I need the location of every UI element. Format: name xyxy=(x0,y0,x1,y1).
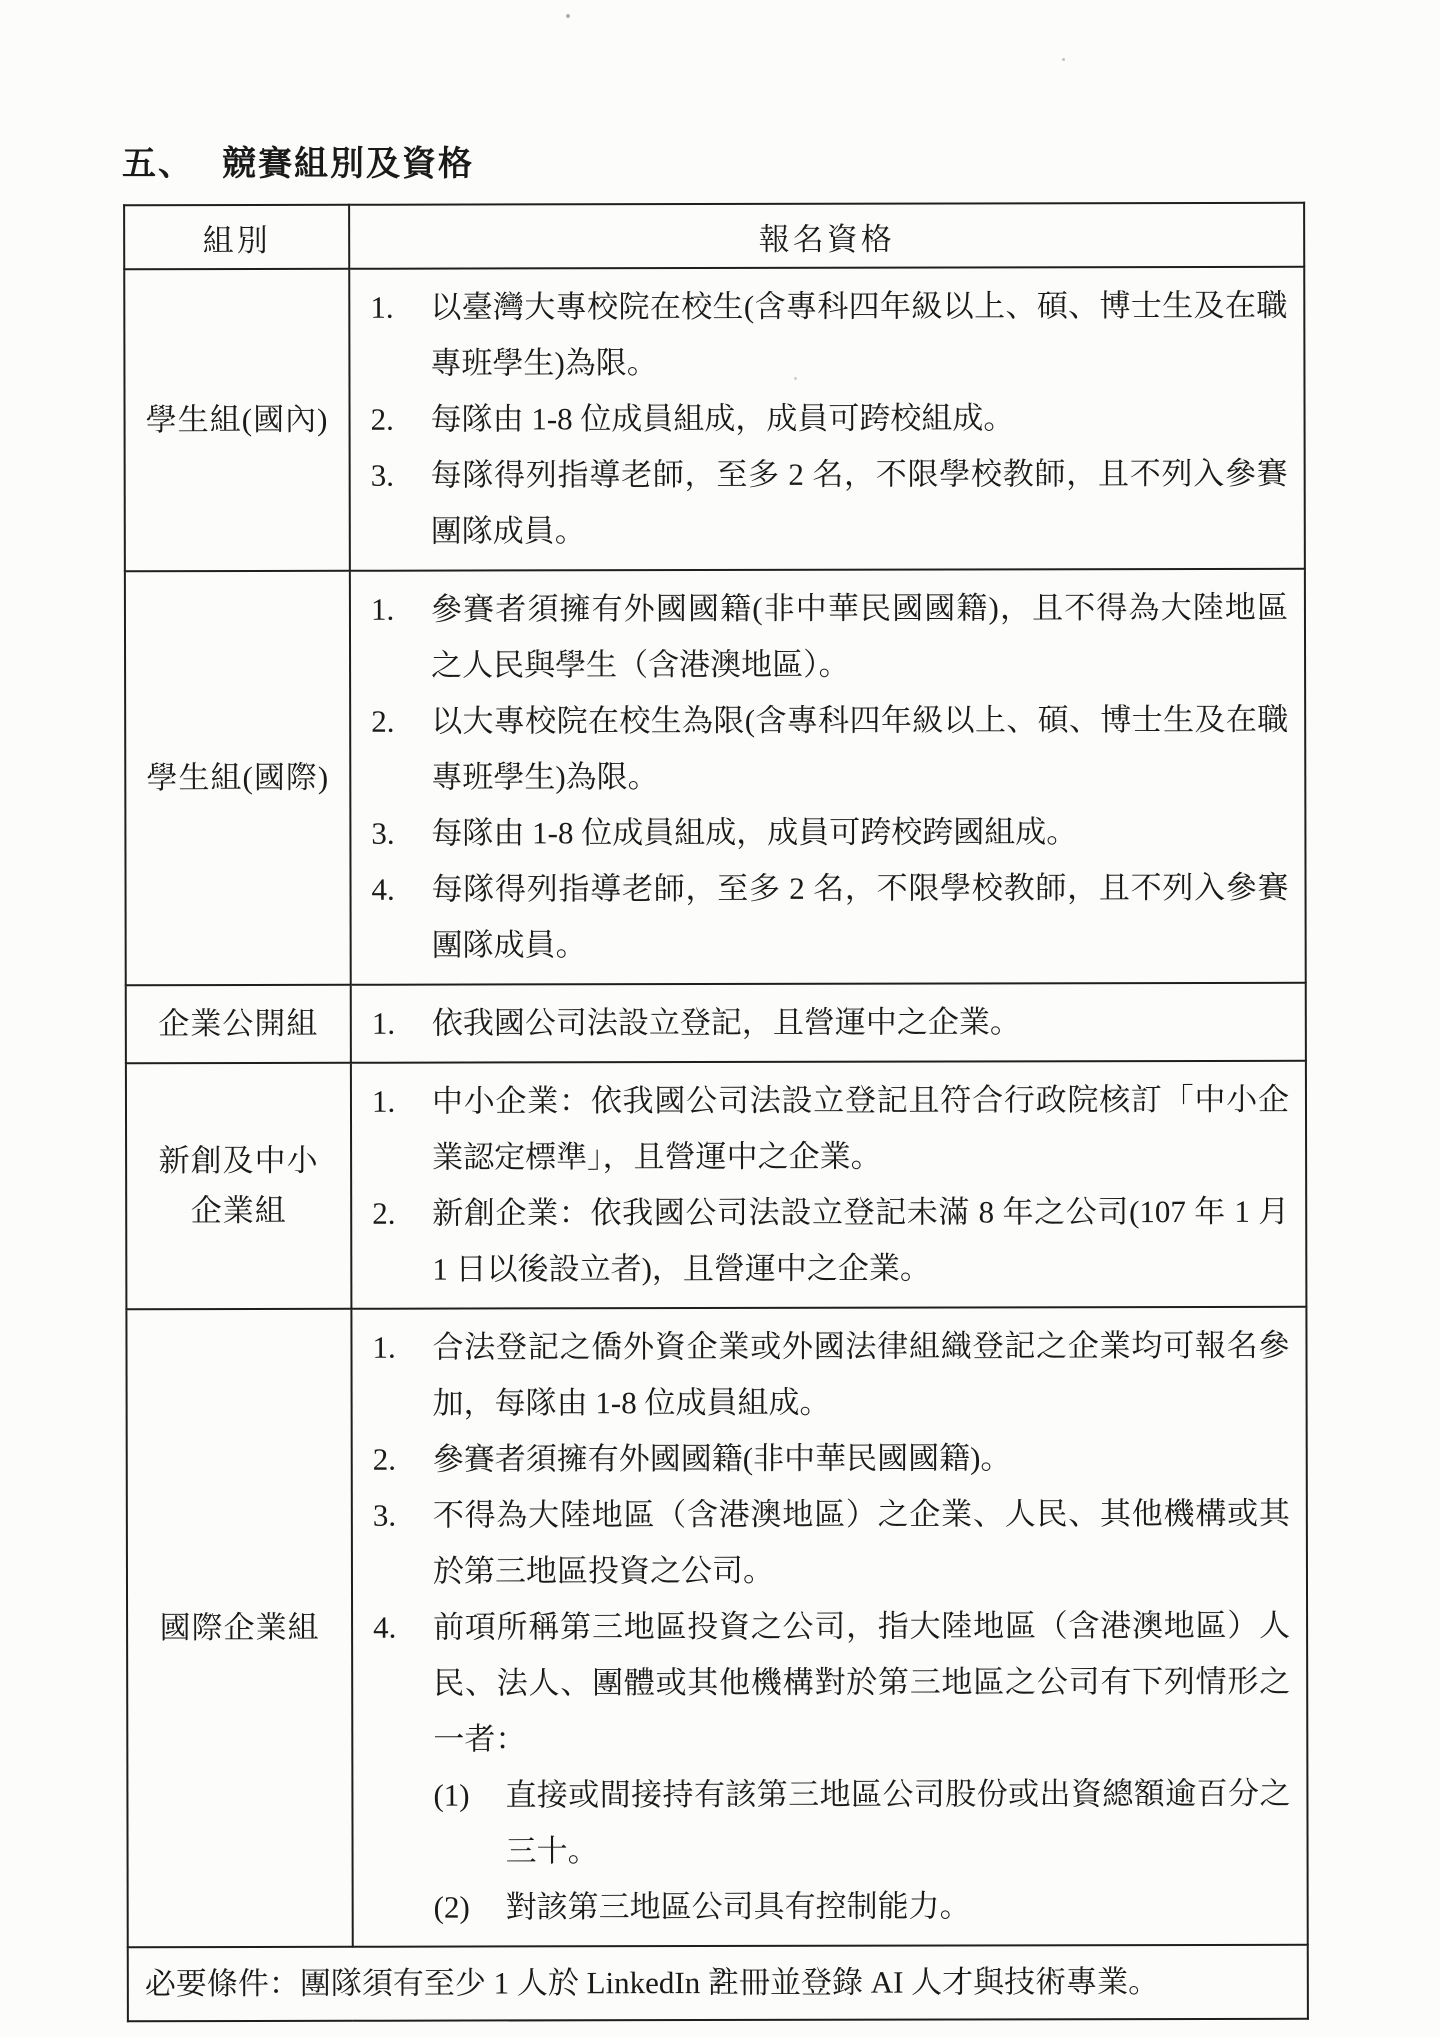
item-number: 1. xyxy=(372,1320,432,1376)
item-text: 參賽者須擁有外國國籍(非中華民國國籍)，且不得為大陸地區之人民與學生（含港澳地區… xyxy=(431,580,1288,694)
group-label: 國際企業組 xyxy=(126,1309,352,1947)
table-row: 學生組(國內) 1. 以臺灣大專校院在校生(含專科四年級以上、碩、博士生及在職專… xyxy=(124,267,1305,571)
list-item: 1. 參賽者須擁有外國國籍(非中華民國國籍)，且不得為大陸地區之人民與學生（含港… xyxy=(371,580,1288,694)
group-label: 學生組(國際) xyxy=(125,571,351,985)
page-number: 2 xyxy=(713,1962,727,1993)
list-item: 2. 每隊由 1-8 位成員組成，成員可跨校組成。 xyxy=(370,390,1287,448)
column-header-group: 組別 xyxy=(124,205,349,269)
qualification-cell: 1. 以臺灣大專校院在校生(含專科四年級以上、碩、博士生及在職專班學生)為限。 … xyxy=(349,267,1305,571)
item-text: 以臺灣大專校院在校生(含專科四年級以上、碩、博士生及在職專班學生)為限。 xyxy=(430,278,1287,392)
scan-speckle xyxy=(794,377,797,380)
document-page: 五、競賽組別及資格 組別 報名資格 學生組(國內) 1. 以臺灣大專校院在校生(… xyxy=(0,0,1440,2037)
qualification-cell: 1. 參賽者須擁有外國國籍(非中華民國國籍)，且不得為大陸地區之人民與學生（含港… xyxy=(350,569,1306,985)
item-number: 2. xyxy=(372,1186,432,1242)
group-label: 企業公開組 xyxy=(126,985,351,1063)
list-item: 2. 新創企業：依我國公司法設立登記未滿 8 年之公司(107 年 1 月 1 … xyxy=(372,1184,1289,1298)
item-number: 1. xyxy=(372,996,432,1052)
list-item: 3. 每隊得列指導老師，至多 2 名，不限學校教師，且不列入參賽團隊成員。 xyxy=(371,446,1288,560)
item-text: 參賽者須擁有外國國籍(非中華民國國籍)。 xyxy=(433,1430,1290,1488)
item-text: 新創企業：依我國公司法設立登記未滿 8 年之公司(107 年 1 月 1 日以後… xyxy=(432,1184,1289,1298)
section-number: 五、 xyxy=(122,146,194,183)
scan-speckle xyxy=(1062,58,1065,61)
subitem-number: (2) xyxy=(434,1879,506,1935)
item-text: 以大專校院在校生為限(含專科四年級以上、碩、博士生及在職專班學生)為限。 xyxy=(431,692,1288,806)
list-item: 1. 依我國公司法設立登記，且營運中之企業。 xyxy=(372,994,1289,1052)
item-number: 2. xyxy=(370,392,430,448)
item-text: 不得為大陸地區（含港澳地區）之企業、人民、其他機構或其於第三地區投資之公司。 xyxy=(433,1486,1290,1600)
list-item: 2. 參賽者須擁有外國國籍(非中華民國國籍)。 xyxy=(373,1430,1290,1488)
sub-list-item: (1) 直接或間接持有該第三地區公司股份或出資總額逾百分之三十。 xyxy=(433,1766,1290,1880)
subitem-number: (1) xyxy=(433,1767,505,1823)
item-text: 依我國公司法設立登記，且營運中之企業。 xyxy=(432,994,1289,1052)
list-item: 3. 不得為大陸地區（含港澳地區）之企業、人民、其他機構或其於第三地區投資之公司… xyxy=(373,1486,1290,1600)
qualification-cell: 1. 合法登記之僑外資企業或外國法律組織登記之企業均可報名參加，每隊由 1-8 … xyxy=(351,1307,1307,1947)
item-number: 4. xyxy=(373,1600,433,1656)
item-number: 1. xyxy=(371,582,431,638)
list-item: 3. 每隊由 1-8 位成員組成，成員可跨校跨國組成。 xyxy=(371,804,1288,862)
scan-speckle xyxy=(520,1457,523,1460)
qualification-cell: 1. 依我國公司法設立登記，且營運中之企業。 xyxy=(351,983,1306,1063)
eligibility-table: 組別 報名資格 學生組(國內) 1. 以臺灣大專校院在校生(含專科四年級以上、碩… xyxy=(123,202,1309,2022)
list-item: 4. 每隊得列指導老師，至多 2 名，不限學校教師，且不列入參賽團隊成員。 xyxy=(371,860,1288,974)
item-number: 2. xyxy=(371,694,431,750)
table-row: 企業公開組 1. 依我國公司法設立登記，且營運中之企業。 xyxy=(126,983,1306,1063)
table-row: 國際企業組 1. 合法登記之僑外資企業或外國法律組織登記之企業均可報名參加，每隊… xyxy=(126,1307,1307,1947)
group-label: 新創及中小 企業組 xyxy=(126,1063,352,1309)
subitem-text: 對該第三地區公司具有控制能力。 xyxy=(506,1878,1291,1936)
qualification-cell: 1. 中小企業：依我國公司法設立登記且符合行政院核訂「中小企業認定標準」，且營運… xyxy=(351,1061,1307,1309)
list-item: 1. 合法登記之僑外資企業或外國法律組織登記之企業均可報名參加，每隊由 1-8 … xyxy=(372,1318,1289,1432)
group-label: 學生組(國內) xyxy=(124,269,350,571)
subitem-text: 直接或間接持有該第三地區公司股份或出資總額逾百分之三十。 xyxy=(505,1766,1290,1880)
list-item: 1. 以臺灣大專校院在校生(含專科四年級以上、碩、博士生及在職專班學生)為限。 xyxy=(370,278,1287,392)
item-text: 前項所稱第三地區投資之公司，指大陸地區（含港澳地區）人民、法人、團體或其他機構對… xyxy=(433,1598,1290,1768)
section-title: 競賽組別及資格 xyxy=(222,146,474,183)
section-heading: 五、競賽組別及資格 xyxy=(122,136,474,185)
table-header-row: 組別 報名資格 xyxy=(124,203,1304,269)
item-number: 4. xyxy=(371,862,431,918)
scan-speckle xyxy=(566,14,570,18)
item-text: 每隊得列指導老師，至多 2 名，不限學校教師，且不列入參賽團隊成員。 xyxy=(431,446,1288,560)
list-item: 4. 前項所稱第三地區投資之公司，指大陸地區（含港澳地區）人民、法人、團體或其他… xyxy=(373,1598,1290,1768)
item-number: 3. xyxy=(371,448,431,504)
item-text: 中小企業：依我國公司法設立登記且符合行政院核訂「中小企業認定標準」，且營運中之企… xyxy=(432,1072,1289,1186)
list-item: 2. 以大專校院在校生為限(含專科四年級以上、碩、博士生及在職專班學生)為限。 xyxy=(371,692,1288,806)
column-header-qualification: 報名資格 xyxy=(349,203,1304,269)
item-text: 每隊由 1-8 位成員組成，成員可跨校跨國組成。 xyxy=(431,804,1288,862)
item-number: 3. xyxy=(373,1488,433,1544)
list-item: 1. 中小企業：依我國公司法設立登記且符合行政院核訂「中小企業認定標準」，且營運… xyxy=(372,1072,1289,1186)
item-number: 2. xyxy=(373,1432,433,1488)
item-number: 3. xyxy=(371,806,431,862)
table-row: 新創及中小 企業組 1. 中小企業：依我國公司法設立登記且符合行政院核訂「中小企… xyxy=(126,1061,1307,1309)
sub-list-item: (2) 對該第三地區公司具有控制能力。 xyxy=(434,1878,1291,1936)
item-number: 1. xyxy=(370,280,430,336)
item-number: 1. xyxy=(372,1074,432,1130)
item-text: 合法登記之僑外資企業或外國法律組織登記之企業均可報名參加，每隊由 1-8 位成員… xyxy=(432,1318,1289,1432)
item-text: 每隊由 1-8 位成員組成，成員可跨校組成。 xyxy=(430,390,1287,448)
table-row: 學生組(國際) 1. 參賽者須擁有外國國籍(非中華民國國籍)，且不得為大陸地區之… xyxy=(125,569,1306,985)
item-text: 每隊得列指導老師，至多 2 名，不限學校教師，且不列入參賽團隊成員。 xyxy=(431,860,1288,974)
